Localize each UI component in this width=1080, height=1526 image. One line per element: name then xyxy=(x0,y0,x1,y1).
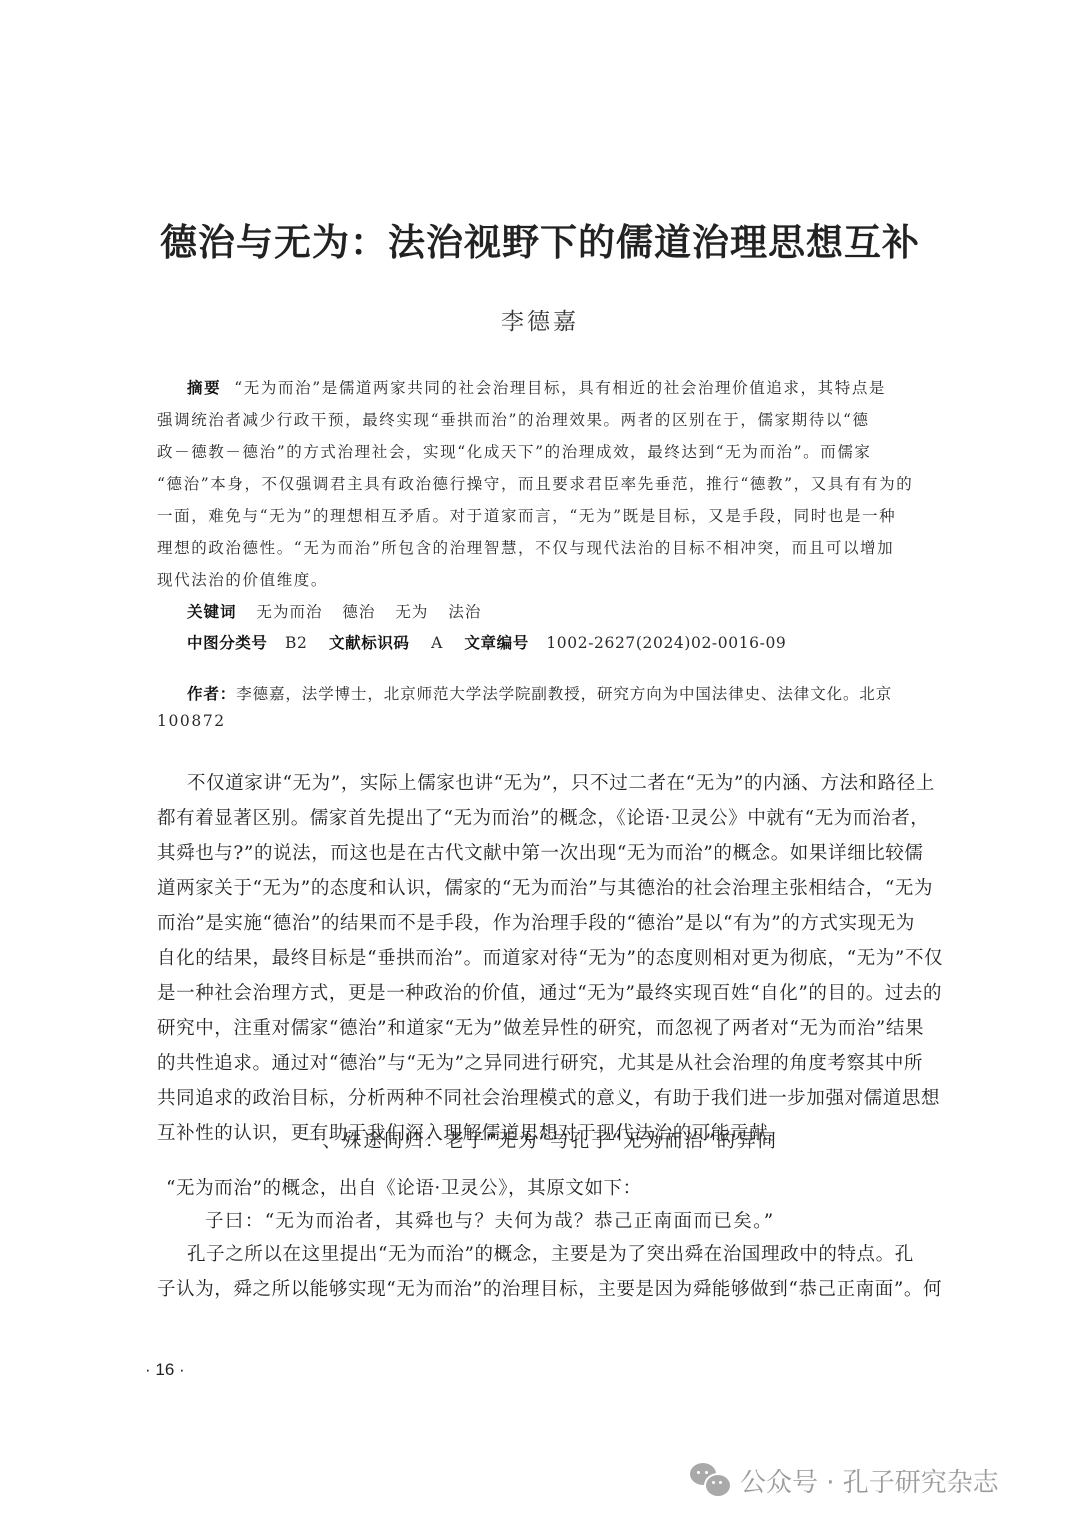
abstract-line: “无为而治”是儒道两家共同的社会治理目标，具有相近的社会治理价值追求，其特点是 xyxy=(234,379,886,397)
article-no-label: 文章编号 xyxy=(464,634,528,652)
keywords-label: 关键词 xyxy=(187,603,237,621)
body-line: 是一种社会治理方式，更是一种政治的价值，通过“无为”最终实现百姓“自化”的目的。… xyxy=(157,979,942,1005)
body-line: 道两家关于“无为”的态度和认识，儒家的“无为而治”与其德治的社会治理主张相结合，… xyxy=(157,874,933,900)
body-line: 研究中，注重对儒家“德治”和道家“无为”做差异性的研究，而忽视了两者对“无为而治… xyxy=(157,1014,924,1040)
clc-value: B2 xyxy=(285,634,307,652)
clc-label: 中图分类号 xyxy=(187,634,268,652)
abstract-line: 理想的政治德性。“无为而治”所包含的治理智慧，不仅与现代法治的目标不相冲突，而且… xyxy=(157,536,894,558)
body-line: 的共性追求。通过对“德治”与“无为”之异同进行研究，尤其是从社会治理的角度考察其… xyxy=(157,1049,923,1075)
author-note: 作者：李德嘉，法学博士，北京师范大学法学院副教授，研究方向为中国法律史、法律文化… xyxy=(187,682,892,704)
abstract-line: 现代法治的价值维度。 xyxy=(157,568,328,590)
author-note-text: 李德嘉，法学博士，北京师范大学法学院副教授，研究方向为中国法律史、法律文化。北京 xyxy=(236,685,892,703)
keyword: 无为而治 xyxy=(256,603,322,621)
block-quote: 子曰：“无为而治者，其舜也与？夫何为哉？恭己正南面而已矣。” xyxy=(205,1207,775,1233)
doc-code-value: A xyxy=(431,634,443,652)
doc-code-label: 文献标识码 xyxy=(329,634,410,652)
classification-info: 中图分类号 B2 文献标识码 A 文章编号 1002-2627(2024)02-… xyxy=(187,631,786,653)
abstract-label: 摘要 xyxy=(187,379,221,397)
body-line: 都有着显著区别。儒家首先提出了“无为而治”的概念，《论语·卫灵公》中就有“无为而… xyxy=(157,804,929,830)
body-line: 不仅道家讲“无为”，实际上儒家也讲“无为”，只不过二者在“无为”的内涵、方法和路… xyxy=(187,769,935,795)
section-heading: 一、殊途同归：老子“无为”与孔子“无为而治”的异同 xyxy=(0,1127,1080,1153)
author-note-label: 作者： xyxy=(187,685,236,703)
wechat-icon xyxy=(690,1463,732,1499)
keyword: 德治 xyxy=(342,603,375,621)
keyword: 无为 xyxy=(395,603,428,621)
keyword: 法治 xyxy=(448,603,481,621)
body-line: 而治”是实施“德治”的结果而不是手段，作为治理手段的“德治”是以“有为”的方式实… xyxy=(157,909,915,935)
keywords: 关键词 无为而治 德治 无为 法治 xyxy=(187,600,481,622)
body-line: 其舜也与?”的说法，而这也是在古代文献中第一次出现“无为而治”的概念。如果详细比… xyxy=(157,839,924,865)
body-line: 共同追求的政治目标，分析两种不同社会治理模式的意义，有助于我们进一步加强对儒道思… xyxy=(157,1084,940,1110)
watermark: 公众号 · 孔子研究杂志 xyxy=(690,1462,999,1499)
body-line: 自化的结果，最终目标是“垂拱而治”。而道家对待“无为”的态度则相对更为彻底，“无… xyxy=(157,944,943,970)
article-title: 德治与无为：法治视野下的儒道治理思想互补 xyxy=(0,212,1080,266)
article-author: 李德嘉 xyxy=(0,303,1080,336)
author-note-postcode: 100872 xyxy=(157,712,226,730)
watermark-text: 公众号 · 孔子研究杂志 xyxy=(740,1462,999,1499)
section-intro: “无为而治”的概念，出自《论语·卫灵公》，其原文如下： xyxy=(166,1174,642,1200)
body-line: 子认为，舜之所以能够实现“无为而治”的治理目标，主要是因为舜能够做到“恭己正南面… xyxy=(157,1275,942,1301)
abstract-line: 一面，难免与“无为”的理想相互矛盾。对于道家而言，“无为”既是目标，又是手段，同… xyxy=(157,504,896,526)
page-number: · 16 · xyxy=(145,1360,185,1380)
abstract-line: 强调统治者减少行政干预，最终实现“垂拱而治”的治理效果。两者的区别在于，儒家期待… xyxy=(157,408,870,430)
body-line: 孔子之所以在这里提出“无为而治”的概念，主要是为了突出舜在治国理政中的特点。孔 xyxy=(187,1240,914,1266)
abstract-line: “德治”本身，不仅强调君主具有政治德行操守，而且要求君臣率先垂范，推行“德教”，… xyxy=(157,472,913,494)
abstract-line: 政－德教－德治”的方式治理社会，实现“化成天下”的治理成效，最终达到“无为而治”… xyxy=(157,440,872,462)
article-no-value: 1002-2627(2024)02-0016-09 xyxy=(546,634,786,652)
